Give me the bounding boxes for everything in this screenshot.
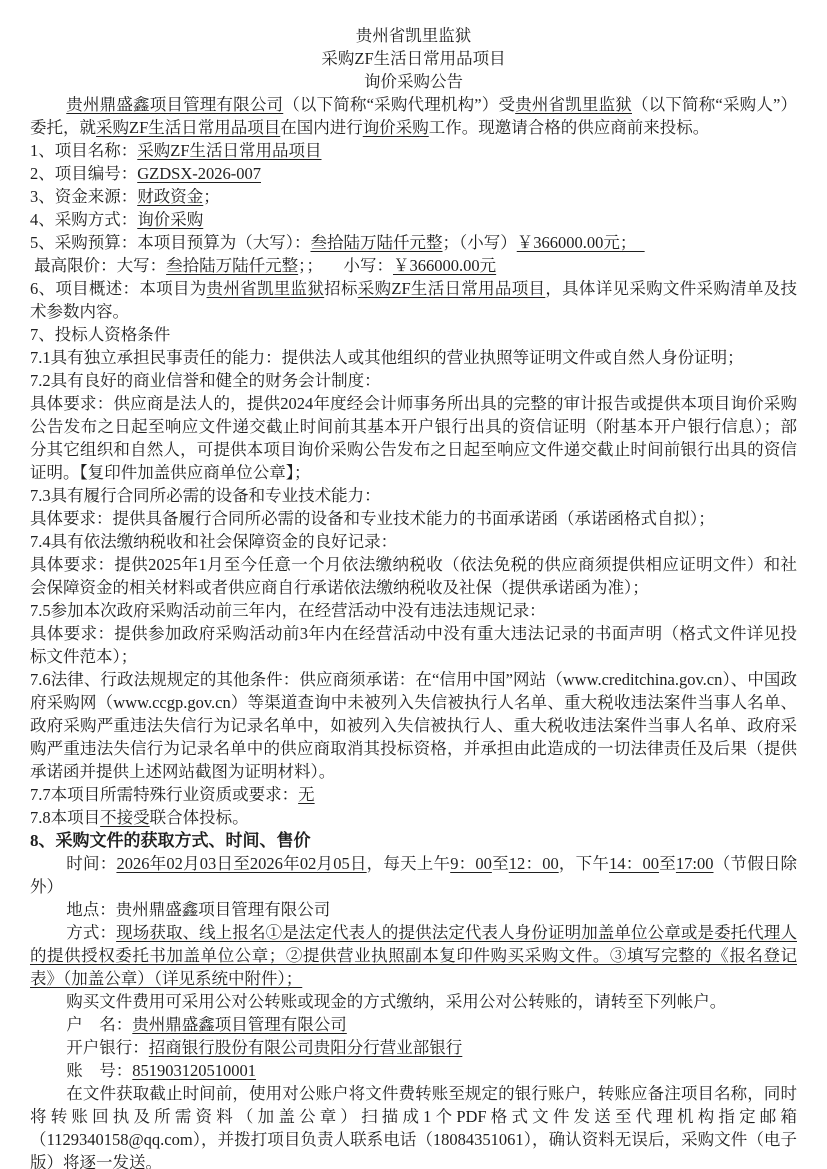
text-segment: 8、采购文件的获取方式、时间、售价	[30, 831, 311, 850]
text-segment: 3、资金来源：	[30, 187, 137, 206]
clause-7-6: 7.6法律、行政法规规定的其他条件：供应商须承诺：在“信用中国”网站（www.c…	[30, 668, 797, 783]
text-segment: 账 号：	[66, 1061, 132, 1080]
clause-7-3-requirement: 具体要求：提供具备履行合同所必需的设备和专业技术能力的书面承诺函（承诺函格式自拟…	[30, 507, 797, 530]
line-account-number: 账 号：851903120510001	[30, 1059, 797, 1082]
underlined-text: 2026年02月03日至2026年02月05日	[116, 854, 366, 873]
item-project-number: 2、项目编号：GZDSX-2026-007	[30, 162, 797, 185]
underlined-text: 叁拾陆万陆仟元整	[166, 256, 298, 275]
clause-7-2: 7.2具有良好的商业信誉和健全的财务会计制度：	[30, 369, 797, 392]
text-segment: 地点：贵州鼎盛鑫项目管理有限公司	[66, 900, 330, 919]
text-segment: 联合体投标。	[150, 808, 249, 827]
text-segment: 采购ZF生活日常用品项目	[321, 49, 505, 68]
text-segment: ；	[203, 187, 220, 206]
text-segment: 7.7本项目所需特殊行业资质或要求：	[30, 785, 298, 804]
underlined-text: 财政资金	[137, 187, 203, 206]
text-segment: 开户银行：	[66, 1038, 149, 1057]
underlined-text: GZDSX-2026-007	[137, 164, 261, 183]
text-segment: 7.2具有良好的商业信誉和健全的财务会计制度：	[30, 371, 381, 390]
text-segment: 7.4具有依法缴纳税收和社会保障资金的良好记录：	[30, 532, 397, 551]
text-segment: 贵州省凯里监狱	[356, 26, 472, 45]
underlined-text: 询价采购	[363, 118, 429, 137]
text-segment: 4、采购方式：	[30, 210, 137, 229]
underlined-text: 招商银行股份有限公司贵阳分行营业部银行	[149, 1038, 463, 1057]
underlined-text: ￥366000.00元	[393, 256, 496, 275]
item-procurement-method: 4、采购方式：询价采购	[30, 208, 797, 231]
underlined-text: ￥366000.00元；	[517, 233, 645, 252]
clause-7-8: 7.8本项目不接受联合体投标。	[30, 806, 797, 829]
text-segment: 具体要求：供应商是法人的，提供2024年度经会计师事务所出具的完整的审计报告或提…	[30, 394, 797, 482]
text-segment: 购买文件费用可采用公对公转账或现金的方式缴纳，采用公对公转账的，请转至下列帐户。	[66, 992, 726, 1011]
text-segment: ，下午	[559, 854, 609, 873]
underlined-text: 询价采购	[137, 210, 203, 229]
text-segment: ；（小写）	[443, 233, 517, 252]
underlined-text: 现场获取、线上报名①是法定代表人的提供法定代表人身份证明加盖单位公章或是委托代理…	[30, 923, 797, 988]
underlined-text: 贵州省凯里监狱	[207, 279, 325, 298]
line-place: 地点：贵州鼎盛鑫项目管理有限公司	[30, 898, 797, 921]
text-segment: ，每天上午	[367, 854, 451, 873]
line-final-note: 在文件获取截止时间前，使用对公账户将文件费转账至规定的银行账户，转账应备注项目名…	[30, 1082, 797, 1169]
underlined-text: 12：00	[509, 854, 559, 873]
clause-7-2-requirement: 具体要求：供应商是法人的，提供2024年度经会计师事务所出具的完整的审计报告或提…	[30, 392, 797, 484]
text-segment: 在国内进行	[280, 118, 363, 137]
clause-7-4: 7.4具有依法缴纳税收和社会保障资金的良好记录：	[30, 530, 797, 553]
text-segment: 7.1具有独立承担民事责任的能力：提供法人或其他组织的营业执照等证明文件或自然人…	[30, 348, 744, 367]
underlined-text: 贵州鼎盛鑫项目管理有限公司	[66, 95, 283, 114]
text-segment: 招标	[324, 279, 358, 298]
clause-7-3: 7.3具有履行合同所必需的设备和专业技术能力：	[30, 484, 797, 507]
underlined-text: 851903120510001	[132, 1061, 256, 1080]
text-segment: 在文件获取截止时间前，使用对公账户将文件费转账至规定的银行账户，转账应备注项目名…	[30, 1084, 797, 1169]
item-project-name: 1、项目名称：采购ZF生活日常用品项目	[30, 139, 797, 162]
line-bank: 开户银行：招商银行股份有限公司贵阳分行营业部银行	[30, 1036, 797, 1059]
underlined-text: 9：00	[450, 854, 492, 873]
title-notice-type: 询价采购公告	[30, 70, 797, 93]
line-account-name: 户 名：贵州鼎盛鑫项目管理有限公司	[30, 1013, 797, 1036]
clause-7-7: 7.7本项目所需特殊行业资质或要求：无	[30, 783, 797, 806]
text-segment: 7.6法律、行政法规规定的其他条件：供应商须承诺：在“信用中国”网站（www.c…	[30, 670, 797, 781]
underlined-text: 不接受	[100, 808, 150, 827]
item-overview: 6、项目概述：本项目为贵州省凯里监狱招标采购ZF生活日常用品项目，具体详见采购文…	[30, 277, 797, 323]
title-project: 采购ZF生活日常用品项目	[30, 47, 797, 70]
underlined-text: 17:00	[676, 854, 714, 873]
text-segment: 最高限价：大写：	[30, 256, 166, 275]
title-purchaser: 贵州省凯里监狱	[30, 24, 797, 47]
line-payment-note: 购买文件费用可采用公对公转账或现金的方式缴纳，采用公对公转账的，请转至下列帐户。	[30, 990, 797, 1013]
underlined-text: 无	[298, 785, 315, 804]
text-segment: 户 名：	[66, 1015, 132, 1034]
text-segment: 询价采购公告	[364, 72, 463, 91]
item-max-price: 最高限价：大写：叁拾陆万陆仟元整；； 小写：￥366000.00元	[30, 254, 797, 277]
text-segment: 时间：	[66, 854, 116, 873]
underlined-text: 采购ZF生活日常用品项目	[96, 118, 280, 137]
section-7-heading: 7、投标人资格条件	[30, 323, 797, 346]
underlined-text: 14：00	[609, 854, 659, 873]
intro-paragraph: 贵州鼎盛鑫项目管理有限公司（以下简称“采购代理机构”）受贵州省凯里监狱（以下简称…	[30, 93, 797, 139]
text-segment: （以下简称“采购代理机构”）受	[283, 95, 515, 114]
underlined-text: 采购ZF生活日常用品项目	[137, 141, 321, 160]
text-segment: ；； 小写：	[298, 256, 393, 275]
item-fund-source: 3、资金来源：财政资金；	[30, 185, 797, 208]
text-segment: 7.3具有履行合同所必需的设备和专业技术能力：	[30, 486, 381, 505]
text-segment: 5、采购预算：本项目预算为（大写）：	[30, 233, 311, 252]
text-segment: 7、投标人资格条件	[30, 325, 170, 344]
underlined-text: 贵州省凯里监狱	[515, 95, 632, 114]
text-segment: 至	[659, 854, 676, 873]
text-segment: 6、项目概述：本项目为	[30, 279, 207, 298]
text-segment: 至	[492, 854, 509, 873]
document-page: 贵州省凯里监狱 采购ZF生活日常用品项目 询价采购公告 贵州鼎盛鑫项目管理有限公…	[0, 0, 827, 1169]
text-segment: 1、项目名称：	[30, 141, 137, 160]
text-segment: 具体要求：提供2025年1月至今任意一个月依法缴纳税收（依法免税的供应商须提供相…	[30, 555, 797, 597]
underlined-text: 采购ZF生活日常用品项目	[358, 279, 546, 298]
text-segment: 2、项目编号：	[30, 164, 137, 183]
clause-7-4-requirement: 具体要求：提供2025年1月至今任意一个月依法缴纳税收（依法免税的供应商须提供相…	[30, 553, 797, 599]
text-segment: 具体要求：提供参加政府采购活动前3年内在经营活动中没有重大违法记录的书面声明（格…	[30, 624, 797, 666]
text-segment: 工作。现邀请合格的供应商前来投标。	[429, 118, 710, 137]
clause-7-1: 7.1具有独立承担民事责任的能力：提供法人或其他组织的营业执照等证明文件或自然人…	[30, 346, 797, 369]
underlined-text: 叁拾陆万陆仟元整	[311, 233, 443, 252]
line-method: 方式：现场获取、线上报名①是法定代表人的提供法定代表人身份证明加盖单位公章或是委…	[30, 921, 797, 990]
section-8-heading: 8、采购文件的获取方式、时间、售价	[30, 829, 797, 852]
clause-7-5-requirement: 具体要求：提供参加政府采购活动前3年内在经营活动中没有重大违法记录的书面声明（格…	[30, 622, 797, 668]
underlined-text: 贵州鼎盛鑫项目管理有限公司	[132, 1015, 347, 1034]
line-time: 时间：2026年02月03日至2026年02月05日，每天上午9：00至12：0…	[30, 852, 797, 898]
text-segment: 7.8本项目	[30, 808, 100, 827]
clause-7-5: 7.5参加本次政府采购活动前三年内，在经营活动中没有违法违规记录：	[30, 599, 797, 622]
text-segment: 7.5参加本次政府采购活动前三年内，在经营活动中没有违法违规记录：	[30, 601, 546, 620]
text-segment: 具体要求：提供具备履行合同所必需的设备和专业技术能力的书面承诺函（承诺函格式自拟…	[30, 509, 715, 528]
item-budget: 5、采购预算：本项目预算为（大写）：叁拾陆万陆仟元整；（小写）￥366000.0…	[30, 231, 797, 254]
text-segment: 方式：	[66, 923, 116, 942]
